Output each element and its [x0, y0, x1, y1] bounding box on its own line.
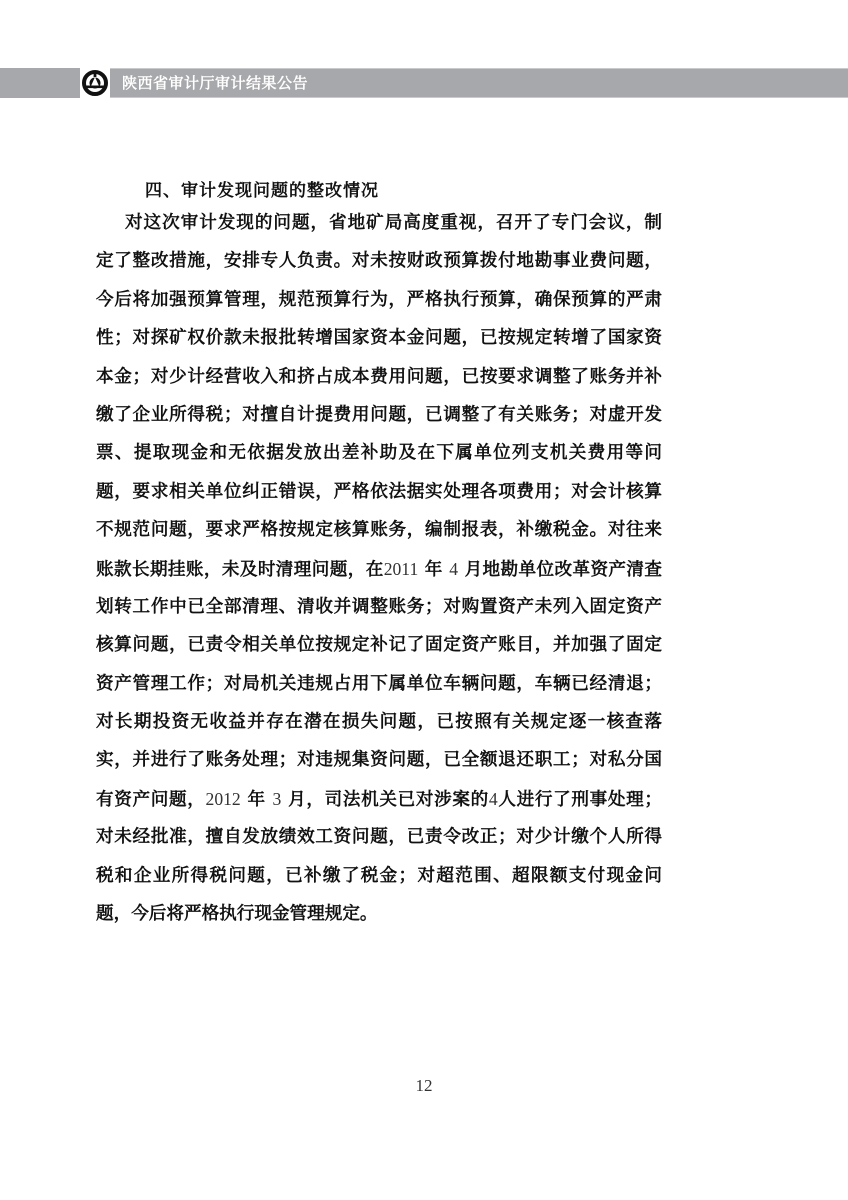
text-span: 账款长期挂账，未及时清理问题，在 — [96, 560, 384, 580]
text-span: 年 — [418, 560, 449, 580]
body-line: 性；对探矿权价款未报批转增国家资本金问题，已按规定转增了国家资 — [96, 319, 662, 357]
body-line: 本金；对少计经营收入和挤占成本费用问题，已按要求调整了账务并补 — [96, 358, 662, 396]
year-number: 2011 — [384, 559, 419, 579]
text-span: 月，司法机关已对涉案的 — [281, 790, 489, 810]
audit-emblem-icon — [82, 70, 108, 96]
body-line: 缴了企业所得税；对擅自计提费用问题，已调整了有关账务；对虚开发 — [96, 396, 662, 434]
body-line: 实，并进行了账务处理；对违规集资问题，已全额退还职工；对私分国 — [96, 741, 662, 779]
body-line: 票、提取现金和无依据发放出差补助及在下属单位列支机关费用等问 — [96, 434, 662, 472]
text-span: 人进行了刑事处理； — [498, 790, 662, 810]
body-line: 核算问题，已责令相关单位按规定补记了固定资产账目，并加强了固定 — [96, 626, 662, 664]
body-line: 对这次审计发现的问题，省地矿局高度重视，召开了专门会议，制 — [96, 204, 662, 242]
text-span: 年 — [241, 790, 273, 810]
month-number: 3 — [273, 789, 282, 809]
body-line: 定了整改措施，安排专人负责。对未按财政预算拨付地勘事业费问题， — [96, 242, 662, 280]
body-line: 有资产问题，2012 年 3 月，司法机关已对涉案的4人进行了刑事处理； — [96, 780, 662, 818]
body-line: 今后将加强预算管理，规范预算行为，严格执行预算，确保预算的严肃 — [96, 281, 662, 319]
body-line: 题，要求相关单位纠正错误，严格依法据实处理各项费用；对会计核算 — [96, 473, 662, 511]
body-line: 不规范问题，要求严格按规定核算账务，编制报表，补缴税金。对往来 — [96, 511, 662, 549]
body-line: 资产管理工作；对局机关违规占用下属单位车辆问题，车辆已经清退； — [96, 665, 662, 703]
body-line: 税和企业所得税问题，已补缴了税金；对超范围、超限额支付现金问 — [96, 857, 662, 895]
year-number: 2012 — [206, 789, 241, 809]
body-line: 对未经批准，擅自发放绩效工资问题，已责令改正；对少计缴个人所得 — [96, 818, 662, 856]
count-number: 4 — [489, 789, 498, 809]
month-number: 4 — [449, 559, 458, 579]
body-line: 题，今后将严格执行现金管理规定。 — [96, 895, 662, 933]
body-line: 账款长期挂账，未及时清理问题，在2011 年 4 月地勘单位改革资产清查 — [96, 550, 662, 588]
page-number: 12 — [0, 1076, 848, 1096]
header-title: 陕西省审计厅审计结果公告 — [122, 72, 308, 94]
header-bar-left — [0, 68, 80, 98]
body-line: 对长期投资无收益并存在潜在损失问题，已按照有关规定逐一核查落 — [96, 703, 662, 741]
section-heading: 四、审计发现问题的整改情况 — [145, 176, 379, 201]
text-span: 有资产问题， — [96, 790, 206, 810]
body-line: 划转工作中已全部清理、清收并调整账务；对购置资产未列入固定资产 — [96, 588, 662, 626]
body-paragraph: 对这次审计发现的问题，省地矿局高度重视，召开了专门会议，制 定了整改措施，安排专… — [96, 204, 662, 933]
text-span: 月地勘单位改革资产清查 — [458, 560, 662, 580]
